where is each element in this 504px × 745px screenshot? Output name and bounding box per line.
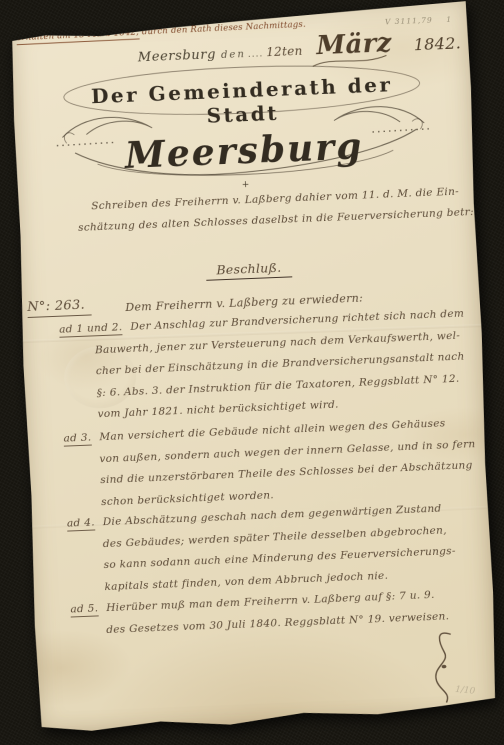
paragraph-ad-1-2: ad 1 und 2.Der Anschlag zur Brandversich… [59,303,473,427]
signature-flourish [411,628,470,710]
dateline-leader: .... [248,49,264,60]
protocol-number-text: N°: 263. [27,297,91,318]
dateline-year: 1842. [413,33,461,54]
paragraph-ad-4: ad 4.Die Abschätzung geschah nach dem ge… [67,497,480,599]
ad-label: ad 5. [70,602,98,617]
ad-label: ad 3. [63,432,91,447]
manuscript-page: erhalten am 13 März 1842, durch den Rath… [8,1,499,741]
archive-code: V 3111,79 [385,16,433,27]
letterhead: Der Gemeinderath der Stadt Meersburg + [50,59,436,190]
ad-label: ad 1 und 2. [59,321,123,338]
decision-heading: Beschluß. [206,259,292,280]
dateline-place: Meersburg [138,47,217,65]
bottom-pencil-mark: 1/10 [455,685,476,697]
archive-gap [433,15,447,25]
photo-of-document: { "document_type": "handschriftliches Ra… [0,0,504,745]
dateline-month-wrap: März [316,28,392,61]
received-date: erhalten am 13 März 1842, [16,27,139,45]
paper-sheet: erhalten am 13 März 1842, durch den Rath… [8,1,499,741]
dateline-day: 12ten [266,44,303,59]
protocol-number: N°: 263. [27,297,91,315]
dateline-den: den [221,49,246,61]
decision-heading-row: Beschluß. [18,249,480,289]
archive-number: 1 [446,15,452,24]
ad-label: ad 4. [67,516,95,531]
